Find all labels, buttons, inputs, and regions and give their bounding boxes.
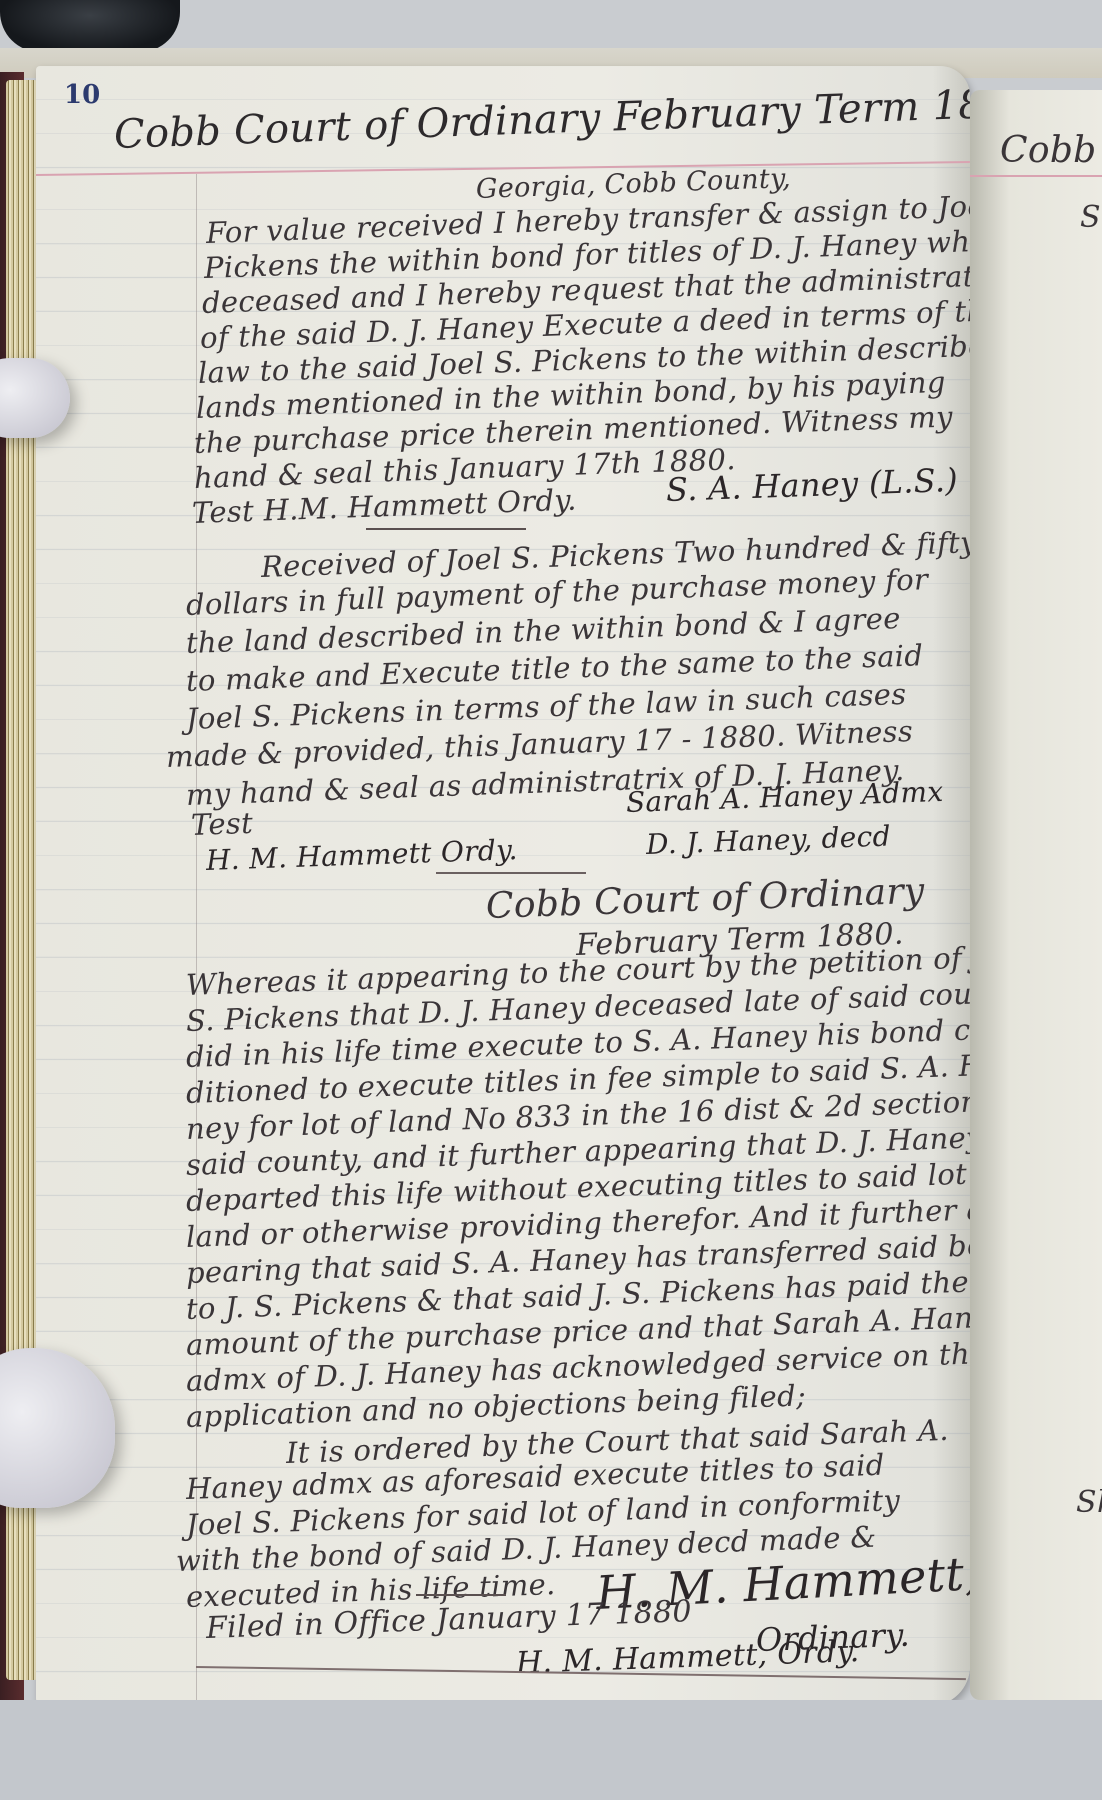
section-divider — [366, 528, 526, 530]
adjacent-fragment: S — [1080, 200, 1101, 235]
section2-attest-label: Test — [190, 806, 253, 842]
filing-divider — [416, 1594, 506, 1596]
adjacent-fragment: Sh — [1076, 1485, 1102, 1520]
adjacent-page-header: Cobb — [1000, 130, 1097, 171]
adjacent-page: Cobb S Sh — [970, 90, 1102, 1700]
table-surface — [0, 1700, 1102, 1800]
ledger-page: 10 Cobb Court of Ordinary February Term … — [36, 66, 970, 1706]
section-divider — [436, 872, 586, 874]
adjacent-header-rule — [970, 175, 1102, 177]
page-number: 10 — [64, 80, 100, 110]
inkwell-object — [0, 0, 180, 52]
